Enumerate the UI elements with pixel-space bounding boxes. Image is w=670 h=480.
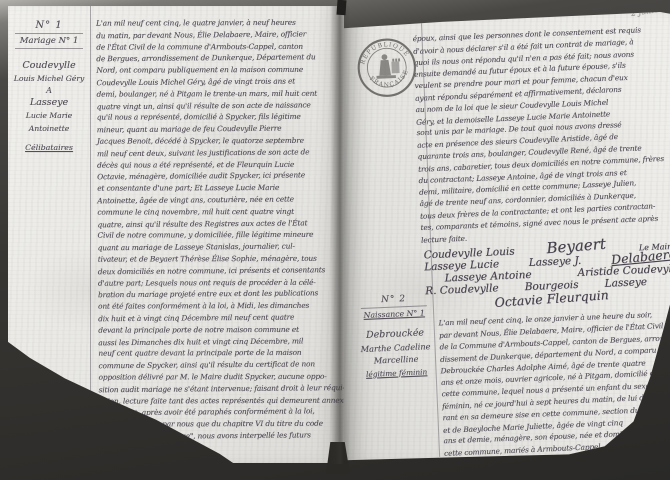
marriage-act-continuation-text: époux, ainsi que les personnes dont le c… [412,23,670,246]
marriage-act-number: N° 1 [8,20,90,31]
signature-block: Coudevylle LouisBeyaertLe Maire Lasseye … [423,239,670,311]
marianne-figure-icon [376,54,401,79]
birth-act-number: N° 2 [353,293,433,306]
pencil-note: 2 juillet [630,5,662,18]
child-name: DebrouckéeMarthe CadelineMarcelline [355,327,437,368]
margin-name-line: Lasseye [8,96,90,109]
margin-name-line: A [8,85,90,96]
spouse-names: CoudevylleLouis Michel GéryALasseyeLucie… [8,59,90,135]
handwriting-line: mil neuf cent deux, suivant les justific… [97,146,342,160]
handwriting-line: devant la principale porte de notre mais… [98,323,343,336]
handwriting-line: sition audit mariage ne s'étant interven… [99,382,344,396]
handwriting-line: civil intitulé "Du Mariage", nous avons … [99,429,344,443]
margin-name-line: Lucie Marie Antoinette [8,109,90,135]
margin-vertical-rule [90,6,91,463]
birth-act-title: Naissance N° 1 [354,308,434,320]
right-page: RÉPUBLIQUE FRANÇAISE 2 juillet époux, ai… [344,12,670,462]
republique-francaise-seal: RÉPUBLIQUE FRANÇAISE [355,35,420,100]
left-margin-column: N° 1 Mariage N° 1 CoudevylleLouis Michel… [8,20,90,152]
margin-name-line: Louis Michel Géry [8,72,90,85]
marital-status-note: Célibataires [8,143,90,152]
marriage-act-text: L'an mil neuf cent cinq, le quatre janvi… [96,16,344,442]
handwriting-line: demi, boulanger, né à Pitgam le trente-u… [97,87,342,100]
spine-top-mark [336,0,346,15]
birth-act-text: L'an mil neuf cent cinq, le onze janvier… [438,308,670,471]
handwriting-line: du matin, par devant Nous, Élie Delabaer… [96,28,341,42]
margin-rule [15,48,83,49]
right-margin-column: N° 2 Naissance N° 1 DebrouckéeMarthe Cad… [353,293,436,379]
margin-name-line: Coudevylle [8,59,90,72]
handwriting-line: deux domiciliés en notre commune, ici pr… [98,264,343,278]
signature: Lasseye J. [529,255,582,269]
margin-rule [15,33,83,34]
handwriting-line: commune le cinq novembre, mil huit cent … [97,205,342,218]
legitimacy-sex-note: légitime féminin [356,366,436,378]
left-page: N° 1 Mariage N° 1 CoudevylleLouis Michel… [8,6,344,463]
marriage-act-title: Mariage N° 1 [8,36,90,46]
register-photo: N° 1 Mariage N° 1 CoudevylleLouis Michel… [0,0,670,480]
